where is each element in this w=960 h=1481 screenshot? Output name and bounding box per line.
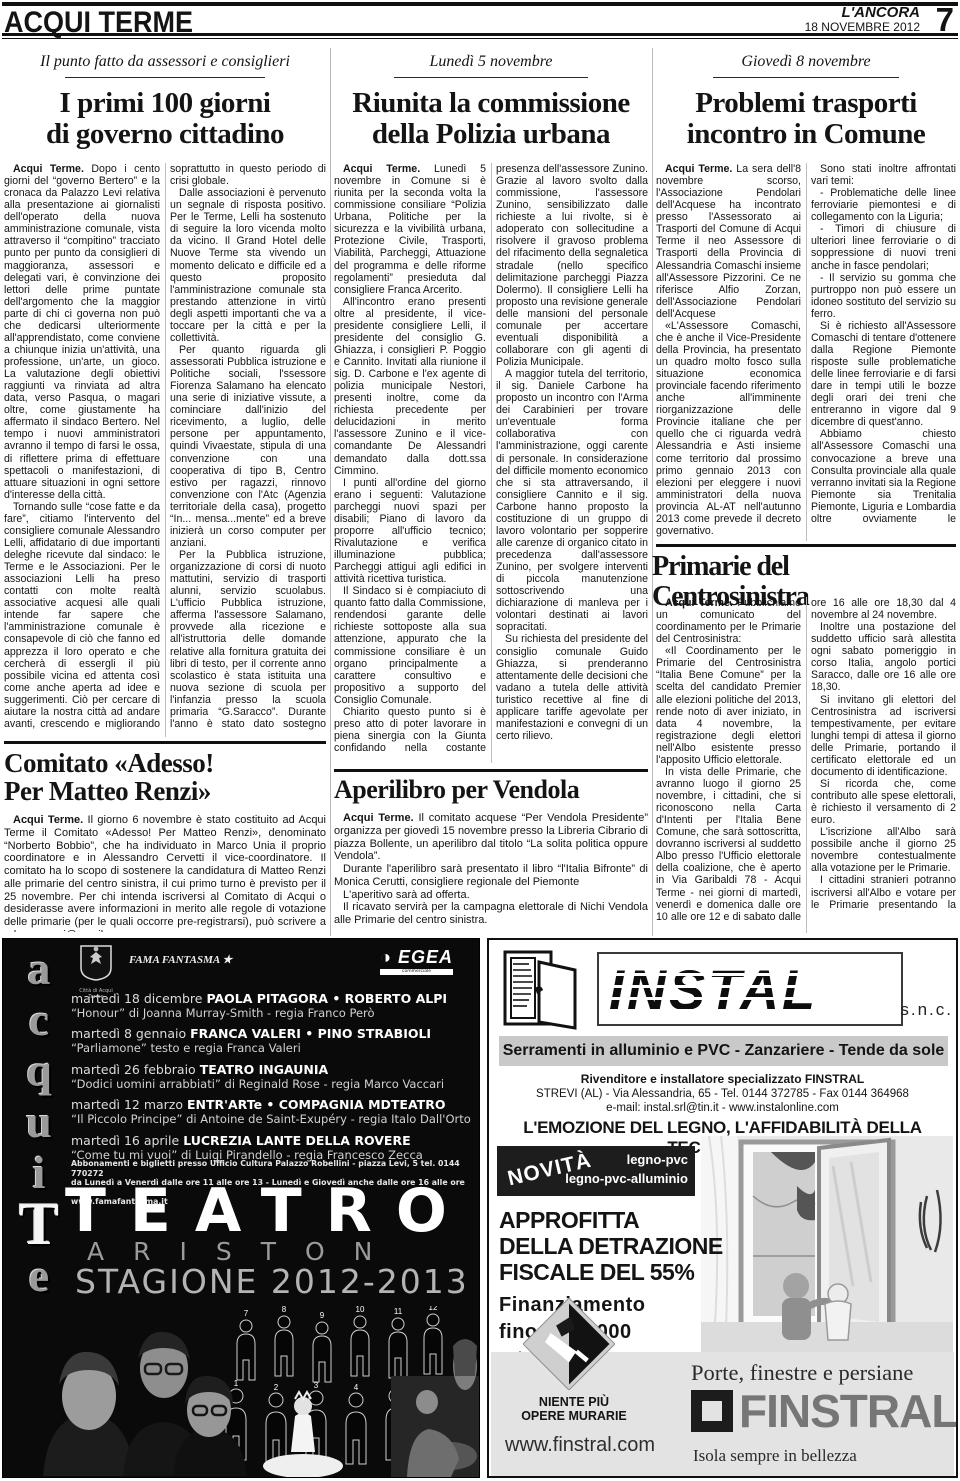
- dateline: Acqui Terme.: [343, 163, 420, 175]
- products-bar: Serramenti in alluminio e PVC - Zanzarie…: [499, 1036, 948, 1066]
- window-scene-photo: [701, 1136, 953, 1357]
- svg-text:7: 7: [244, 1309, 249, 1318]
- article-governo-body: Acqui Terme. Dopo i cento giorni del “go…: [4, 163, 326, 737]
- svg-text:2: 2: [274, 1383, 279, 1392]
- svg-text:1: 1: [234, 1379, 239, 1388]
- instal-snc: s.n.c.: [900, 1000, 953, 1020]
- comitato-headline: Comitato «Adesso! Per Matteo Renzi»: [4, 749, 326, 806]
- egea-logo: ◑ EGEA commerciale: [380, 947, 453, 975]
- article-polizia-body: Acqui Terme. Lunedì 5 novembre in Comune…: [334, 163, 648, 763]
- teatro-ariston-ad: acquiTerme Città di Acqui Terme FAMA FAN…: [2, 938, 480, 1478]
- theatre-photo-collage: 789 101112 123 456: [3, 1306, 479, 1478]
- aperilibro-headline: Aperilibro per Vendola: [334, 776, 648, 803]
- svg-text:8: 8: [282, 1306, 287, 1314]
- article-polizia-header: Lunedì 5 novembre Riunita la commissione…: [334, 52, 648, 150]
- primarie-body: Acqui Terme. Pubblichiamo un comunicato …: [656, 597, 956, 933]
- column-divider: [652, 48, 653, 936]
- headline: Riunita la commissione della Polizia urb…: [334, 88, 648, 149]
- section-rule: [334, 769, 648, 772]
- novita-badge: NOVITÀ legno-pvc legno-pvc-alluminio: [497, 1146, 695, 1196]
- paper-date: 18 NOVEMBRE 2012: [805, 21, 920, 34]
- finstral-products-line: Porte, finestre e persiane: [691, 1360, 913, 1386]
- svg-text:11: 11: [394, 1307, 403, 1316]
- paper-name: L'ANCORA: [805, 5, 920, 21]
- dateline: Acqui Terme.: [665, 163, 732, 175]
- teatro-listing: martedì 18 dicembre PAOLA PITAGORA • ROB…: [71, 991, 473, 1020]
- svg-text:12: 12: [429, 1306, 438, 1312]
- kicker: Giovedì 8 novembre: [656, 52, 956, 71]
- teatro-listing: martedì 26 febbraio TEATRO INGAUNIA “Dod…: [71, 1062, 473, 1091]
- dateline: Acqui Terme.: [343, 812, 414, 824]
- kicker-rule: [713, 77, 899, 78]
- dealer-line3: e-mail: instal.srl@tin.it - www.instalon…: [606, 1102, 839, 1114]
- comitato-body: Acqui Terme. Il giorno 6 novembre è stat…: [4, 814, 326, 932]
- teatro-listing: martedì 16 aprile LUCREZIA LANTE DELLA R…: [71, 1133, 473, 1162]
- article-trasporti-body: Acqui Terme. La sera dell'8 novembre sco…: [656, 163, 956, 541]
- fama-fantasma-logo: FAMA FANTASMA ★: [129, 953, 232, 966]
- finstral-square-icon: [691, 1390, 733, 1432]
- egea-sub: commerciale: [380, 969, 453, 975]
- dateline: Acqui Terme.: [13, 163, 84, 175]
- dealer-line1: Rivenditore e installatore specializzato…: [581, 1072, 864, 1086]
- no-masonry-label: NIENTE PIÙ OPERE MURARIE: [505, 1395, 643, 1424]
- teatro-title: TEATRO: [65, 1181, 471, 1241]
- svg-text:10: 10: [356, 1306, 365, 1314]
- ariston-subtitle: ARISTON: [87, 1239, 401, 1264]
- finstral-logo: FINSTRAL ®: [691, 1388, 958, 1434]
- dateline: Acqui Terme.: [13, 814, 83, 826]
- headline: Problemi trasporti incontro in Comune: [656, 88, 956, 149]
- dealer-line2: STREVI (AL) - Via Alessandria, 65 - Tel.…: [536, 1088, 909, 1100]
- teatro-listing: martedì 12 marzo ENTR'ARTe • COMPAGNIA M…: [71, 1097, 473, 1126]
- finstral-website: www.finstral.com: [505, 1434, 655, 1457]
- svg-text:9: 9: [320, 1311, 325, 1320]
- svg-text:3: 3: [314, 1381, 319, 1390]
- kicker: Il punto fatto da assessori e consiglier…: [4, 52, 326, 71]
- article-paragraphs: «Il Coordinamento per le Primarie del Ce…: [656, 597, 956, 933]
- section-rule: [656, 544, 956, 547]
- dateline: Acqui Terme.: [665, 597, 733, 609]
- aperilibro-body: Acqui Terme. Il comitato acquese “Per Ve…: [334, 812, 648, 932]
- paper-info: L'ANCORA 18 NOVEMBRE 2012: [805, 5, 920, 33]
- instal-logo: INSTAL s.n.c.: [597, 952, 903, 1026]
- column-divider: [330, 48, 331, 936]
- section-rule: [4, 741, 326, 744]
- article-trasporti-header: Giovedì 8 novembre Problemi trasporti in…: [656, 52, 956, 150]
- novita-products: legno-pvc legno-pvc-alluminio: [565, 1151, 688, 1189]
- masthead-rule-thick: [2, 33, 958, 36]
- teatro-listings: martedì 18 dicembre PAOLA PITAGORA • ROB…: [71, 991, 473, 1168]
- kicker-rule: [394, 77, 589, 78]
- dealer-info: Rivenditore e installatore specializzato…: [489, 1072, 956, 1115]
- instal-finstral-ad: INSTAL s.n.c. Serramenti in alluminio e …: [487, 938, 958, 1478]
- open-window-icon: [499, 948, 581, 1039]
- svg-text:4: 4: [354, 1383, 359, 1392]
- masthead-rule-thin: [2, 38, 958, 39]
- headline: I primi 100 giorni di governo cittadino: [4, 88, 326, 149]
- newspaper-page: ACQUI TERME L'ANCORA 18 NOVEMBRE 2012 7 …: [0, 0, 960, 1481]
- article-governo-header: Il punto fatto da assessori e consiglier…: [4, 52, 326, 150]
- article-paragraphs: Durante l'aperilibro sarà presentato il …: [334, 863, 648, 927]
- finstral-slogan: Isola sempre in bellezza: [693, 1446, 857, 1466]
- season-label: STAGIONE 2012-2013: [75, 1265, 469, 1298]
- teatro-listing: martedì 8 gennaio FRANCA VALERI • PINO S…: [71, 1026, 473, 1055]
- egea-name: ◑ EGEA: [380, 947, 453, 967]
- tax-deduction-promo: APPROFITTA DELLA DETRAZIONE FISCALE DEL …: [499, 1208, 723, 1285]
- no-masonry-logo: [523, 1298, 615, 1395]
- kicker-rule: [65, 77, 265, 78]
- kicker: Lunedì 5 novembre: [334, 52, 648, 71]
